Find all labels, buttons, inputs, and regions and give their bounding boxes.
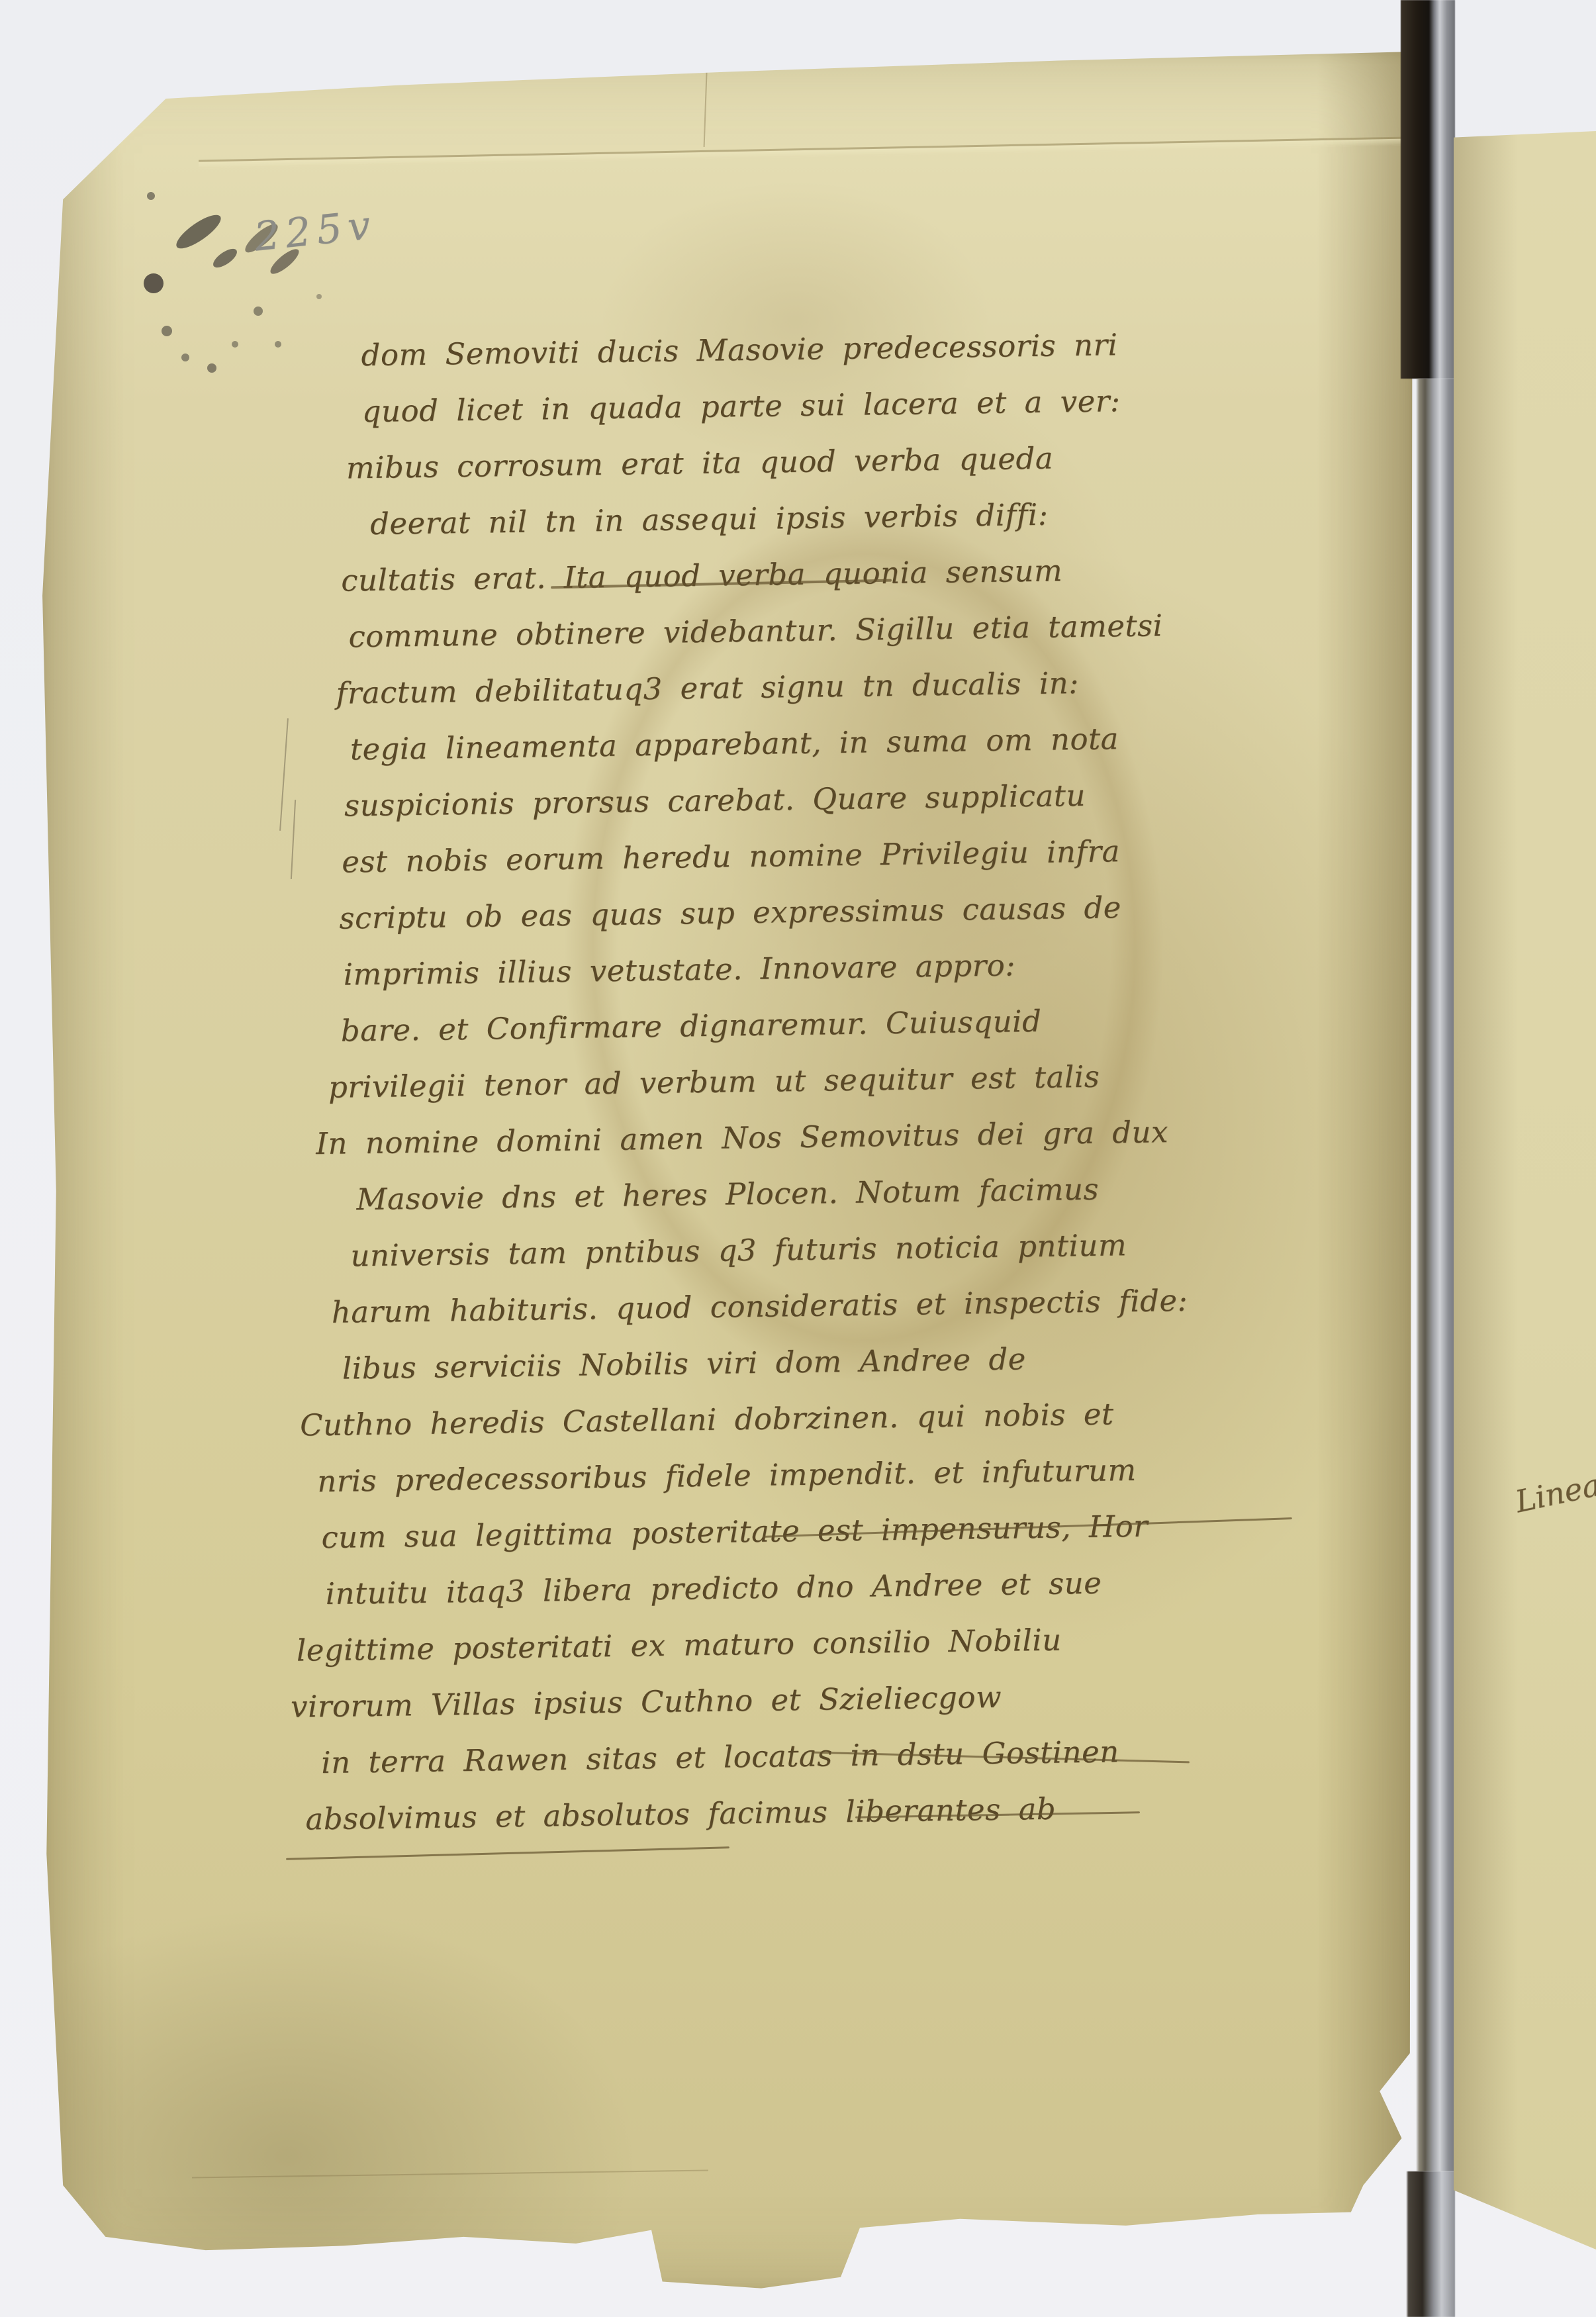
binding-metal-rail — [1401, 379, 1455, 2171]
bottom-crease-line — [192, 2170, 708, 2179]
top-edge-crack — [704, 56, 708, 147]
photograph-background: 225v dom Semoviti ducis Masovie predeces… — [0, 0, 1596, 2317]
binding-strip — [1401, 0, 1455, 2317]
manuscript-page: 225v dom Semoviti ducis Masovie predeces… — [41, 52, 1413, 2291]
underline-mark — [286, 1846, 729, 1860]
margin-note: Lineam — [1512, 1461, 1596, 1520]
binding-top-dark — [1401, 0, 1455, 379]
binding-bottom-dark — [1401, 2171, 1455, 2317]
next-page-edge: Lineam — [1454, 131, 1596, 2249]
under-leaf-edge — [199, 136, 1410, 168]
text-block: dom Semoviti ducis Masovie predecessoris… — [271, 314, 1352, 1848]
